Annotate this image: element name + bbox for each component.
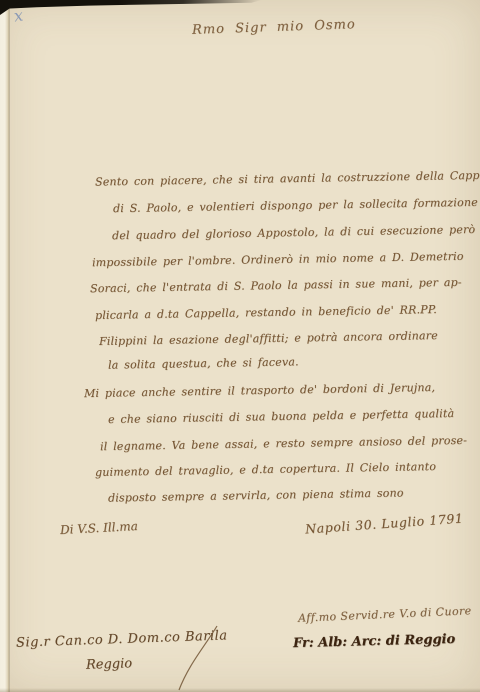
body-line: di S. Paolo, e volentieri dispongo per l… xyxy=(113,196,478,215)
signature-courtesy-line: Aff.mo Servid.re V.o di Cuore xyxy=(298,604,472,625)
body-line: la solita questua, che si faceva. xyxy=(108,355,299,371)
signature-name-line: Fr: Alb: Arc: di Reggio xyxy=(293,632,456,651)
body-line: e che siano riusciti di sua buona pelda … xyxy=(108,407,454,426)
body-line: il legname. Va bene assai, e resto sempr… xyxy=(100,434,467,453)
address-recipient: Sig.r Can.co D. Dom.co Barila xyxy=(16,628,228,650)
body-line: Sento con piacere, che si tira avanti la… xyxy=(95,168,480,188)
address-place: Reggio xyxy=(86,656,133,673)
body-line: Soraci, che l'entrata di S. Paolo la pas… xyxy=(90,276,462,295)
body-line: Mi piace anche sentire il trasporto de' … xyxy=(84,381,435,400)
body-line: plicarla a d.ta Cappella, restando in be… xyxy=(95,303,437,322)
body-line: disposto sempre a servirla, con piena st… xyxy=(108,486,404,504)
left-page-edge xyxy=(0,0,10,692)
archival-x-mark: x xyxy=(13,5,25,25)
salutation: Rmo Sigr mio Osmo xyxy=(192,17,356,38)
body-line: guimento del travaglio, e d.ta copertura… xyxy=(95,460,436,479)
body-line: Filippini la esazione degl'affitti; e po… xyxy=(99,329,438,348)
dateline: Napoli 30. Luglio 1791 xyxy=(305,510,464,536)
closing-formula: Di V.S. Ill.ma xyxy=(60,519,138,537)
manuscript-page: x Rmo Sigr mio Osmo Sento con piacere, c… xyxy=(0,0,480,692)
body-line: del quadro del glorioso Appostolo, la di… xyxy=(112,223,480,243)
body-line: impossibile per l'ombre. Ordinerò in mio… xyxy=(92,250,464,269)
bottom-edge-shadow xyxy=(0,688,480,692)
top-edge-shadow xyxy=(0,0,262,9)
